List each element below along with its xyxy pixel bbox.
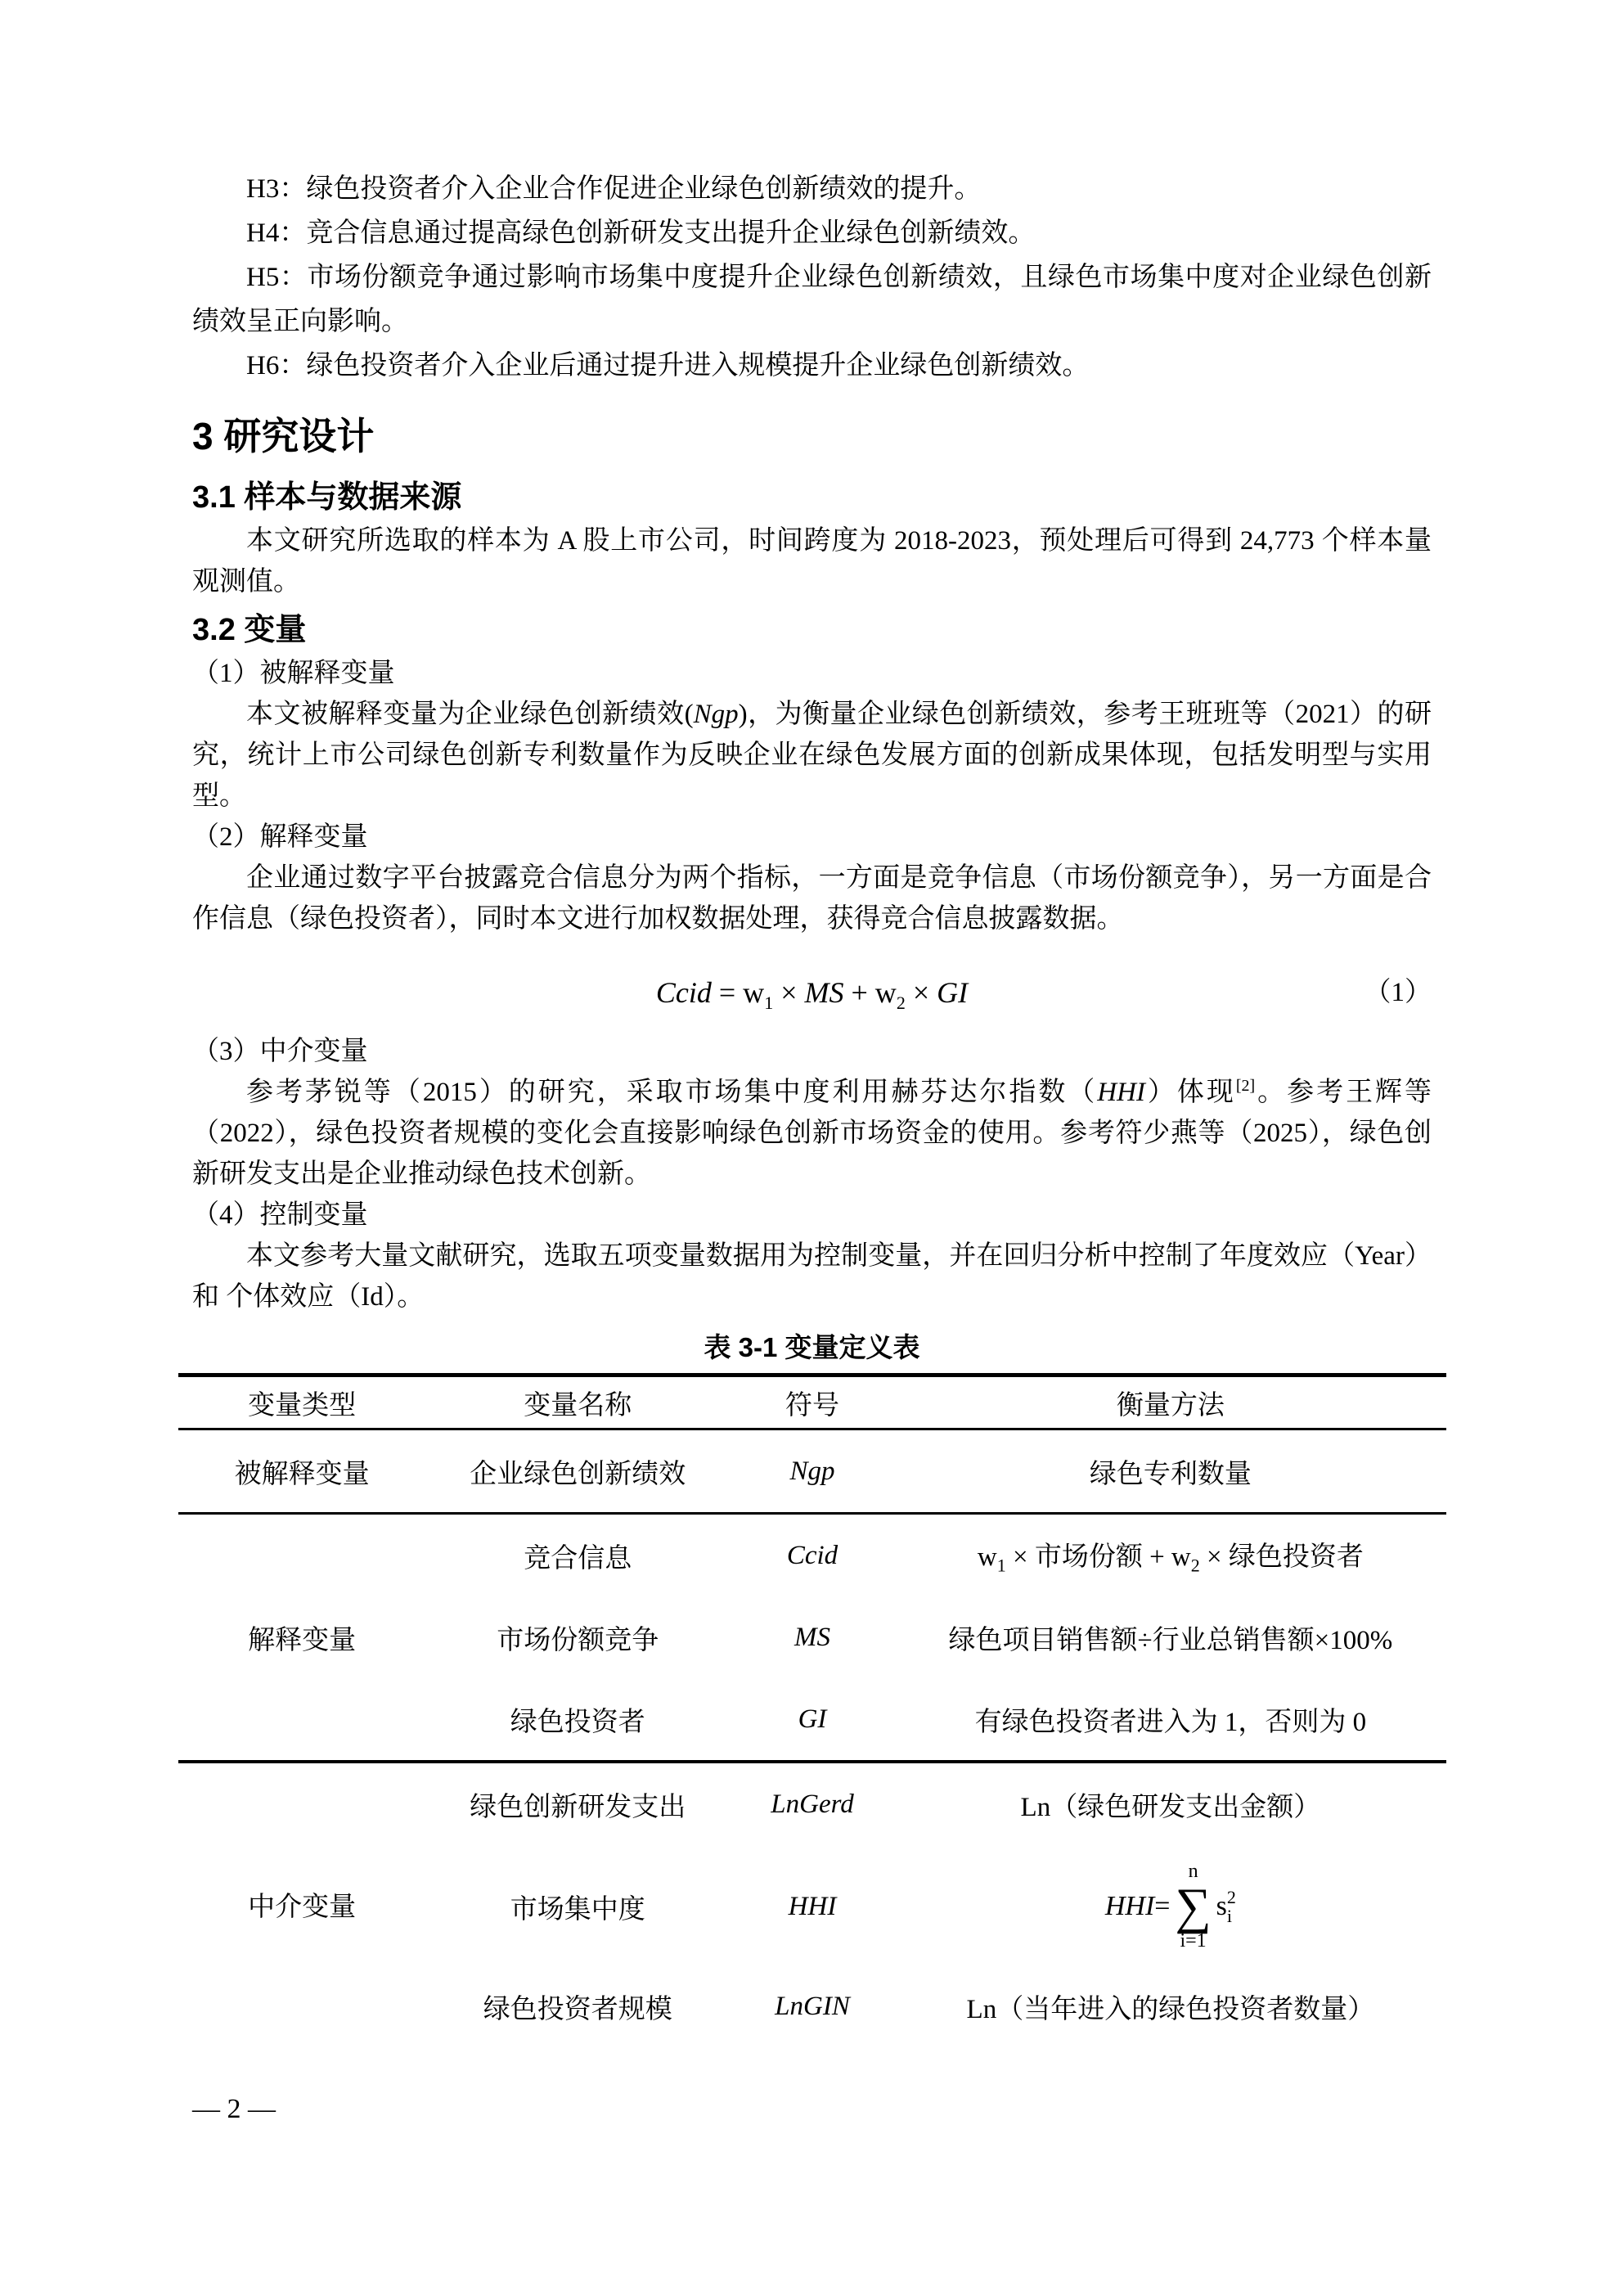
cell-method-hhi: HHI = n∑i=1s2i [895, 1845, 1446, 1968]
item-4-label: （4）控制变量 [192, 1195, 1432, 1236]
cell-name-gi: 绿色投资者 [425, 1678, 730, 1762]
formula-op-3: + w [844, 976, 897, 1009]
section-3-heading: 3 研究设计 [192, 412, 1432, 460]
hypothesis-h3: H3：绿色投资者介入企业合作促进企业绿色创新绩效的提升。 [192, 167, 1432, 211]
cell-method-ngp: 绿色专利数量 [895, 1429, 1446, 1514]
document-page: H3：绿色投资者介入企业合作促进企业绿色创新绩效的提升。 H4：竞合信息通过提高… [0, 0, 1623, 2296]
cell-method-ccid: w1 × 市场份额 + w2 × 绿色投资者 [895, 1514, 1446, 1597]
page-number: — 2 — [192, 2093, 1432, 2126]
item-1-paragraph: 本文被解释变量为企业绿色创新绩效(Ngp)，为衡量企业绿色创新绩效，参考王班班等… [192, 694, 1432, 817]
hhi-sum-formula: HHI = n∑i=1s2i [1105, 1861, 1236, 1952]
cell-name-lngin: 绿色投资者规模 [425, 1968, 730, 2046]
cell-symbol-ngp: Ngp [730, 1429, 895, 1514]
formula-sub-2: 2 [897, 993, 906, 1013]
cell-type-dependent: 被解释变量 [178, 1429, 425, 1514]
formula-var-gi: GI [937, 976, 968, 1009]
variable-hhi-inline: HHI [1097, 1078, 1145, 1107]
item-4-paragraph: 本文参考大量文献研究，选取五项变量数据用为控制变量，并在回归分析中控制了年度效应… [192, 1236, 1432, 1317]
item-1-text-a: 本文被解释变量为企业绿色创新绩效( [246, 700, 694, 729]
cell-symbol-lngin: LnGIN [730, 1968, 895, 2046]
cell-method-lngerd: Ln（绿色研发支出金额） [895, 1762, 1446, 1845]
item-1-label: （1）被解释变量 [192, 653, 1432, 694]
formula-sub-1: 1 [764, 993, 773, 1013]
item-3-text-a: 参考茅锐等（2015）的研究，采取市场集中度利用赫芬达尔指数（ [246, 1078, 1097, 1107]
cell-method-gi: 有绿色投资者进入为 1，否则为 0 [895, 1678, 1446, 1762]
cell-name-lngerd: 绿色创新研发支出 [425, 1762, 730, 1845]
formula-op-2: × [773, 976, 804, 1009]
section-3-1-heading: 3.1 样本与数据来源 [192, 478, 1432, 517]
cell-name-hhi: 市场集中度 [425, 1845, 730, 1968]
col-header-variable-type: 变量类型 [178, 1375, 425, 1429]
hypothesis-h6: H6：绿色投资者介入企业后通过提升进入规模提升企业绿色创新绩效。 [192, 344, 1432, 388]
cell-type-mediator: 中介变量 [178, 1762, 425, 2046]
equation-number: （1） [1364, 969, 1432, 1016]
cell-symbol-lngerd: LnGerd [730, 1762, 895, 1845]
item-3-paragraph: 参考茅锐等（2015）的研究，采取市场集中度利用赫芬达尔指数（HHI）体现[2]… [192, 1072, 1432, 1195]
cell-name-ngp: 企业绿色创新绩效 [425, 1429, 730, 1514]
cell-type-explanatory: 解释变量 [178, 1514, 425, 1763]
table-row-ccid: 解释变量 竞合信息 Ccid w1 × 市场份额 + w2 × 绿色投资者 [178, 1514, 1446, 1597]
col-header-variable-name: 变量名称 [425, 1375, 730, 1429]
cell-symbol-hhi: HHI [730, 1845, 895, 1968]
hhi-sup-sub: 2i [1227, 1888, 1236, 1925]
cell-symbol-ms: MS [730, 1596, 895, 1678]
cell-symbol-ccid: Ccid [730, 1514, 895, 1597]
item-3-text-b: ）体现 [1145, 1078, 1236, 1107]
col-header-symbol: 符号 [730, 1375, 895, 1429]
item-3-label: （3）中介变量 [192, 1031, 1432, 1072]
section-3-1-paragraph: 本文研究所选取的样本为 A 股上市公司，时间跨度为 2018-2023，预处理后… [192, 520, 1432, 602]
hypothesis-h5: H5：市场份额竞争通过影响市场集中度提升企业绿色创新绩效，且绿色市场集中度对企业… [192, 255, 1432, 344]
cell-method-ms: 绿色项目销售额÷行业总销售额×100% [895, 1596, 1446, 1678]
col-header-measure: 衡量方法 [895, 1375, 1446, 1429]
formula-var-ccid: Ccid [656, 976, 712, 1009]
cell-symbol-gi: GI [730, 1678, 895, 1762]
formula-ccid: Ccid = w1 × MS + w2 × GI （1） [192, 969, 1432, 1016]
table-row-lngerd: 中介变量 绿色创新研发支出 LnGerd Ln（绿色研发支出金额） [178, 1762, 1446, 1845]
formula-op-1: = w [712, 976, 764, 1009]
variable-ngp-inline: Ngp [694, 700, 739, 729]
citation-superscript: [2] [1236, 1077, 1255, 1095]
cell-name-ms: 市场份额竞争 [425, 1596, 730, 1678]
cell-method-lngin: Ln（当年进入的绿色投资者数量） [895, 1968, 1446, 2046]
hypothesis-h4: H4：竞合信息通过提高绿色创新研发支出提升企业绿色创新绩效。 [192, 211, 1432, 255]
table-row-ngp: 被解释变量 企业绿色创新绩效 Ngp 绿色专利数量 [178, 1429, 1446, 1514]
formula-var-ms: MS [805, 976, 844, 1009]
sigma-icon: n∑i=1 [1175, 1861, 1211, 1952]
formula-op-4: × [906, 976, 937, 1009]
cell-name-ccid: 竞合信息 [425, 1514, 730, 1597]
item-2-label: （2）解释变量 [192, 817, 1432, 858]
table-caption: 表 3-1 变量定义表 [192, 1329, 1432, 1366]
section-3-2-heading: 3.2 变量 [192, 610, 1432, 650]
item-2-paragraph: 企业通过数字平台披露竞合信息分为两个指标，一方面是竞争信息（市场份额竞争），另一… [192, 858, 1432, 939]
table-header-row: 变量类型 变量名称 符号 衡量方法 [178, 1375, 1446, 1429]
variable-definition-table: 变量类型 变量名称 符号 衡量方法 被解释变量 企业绿色创新绩效 Ngp 绿色专… [178, 1373, 1446, 2046]
